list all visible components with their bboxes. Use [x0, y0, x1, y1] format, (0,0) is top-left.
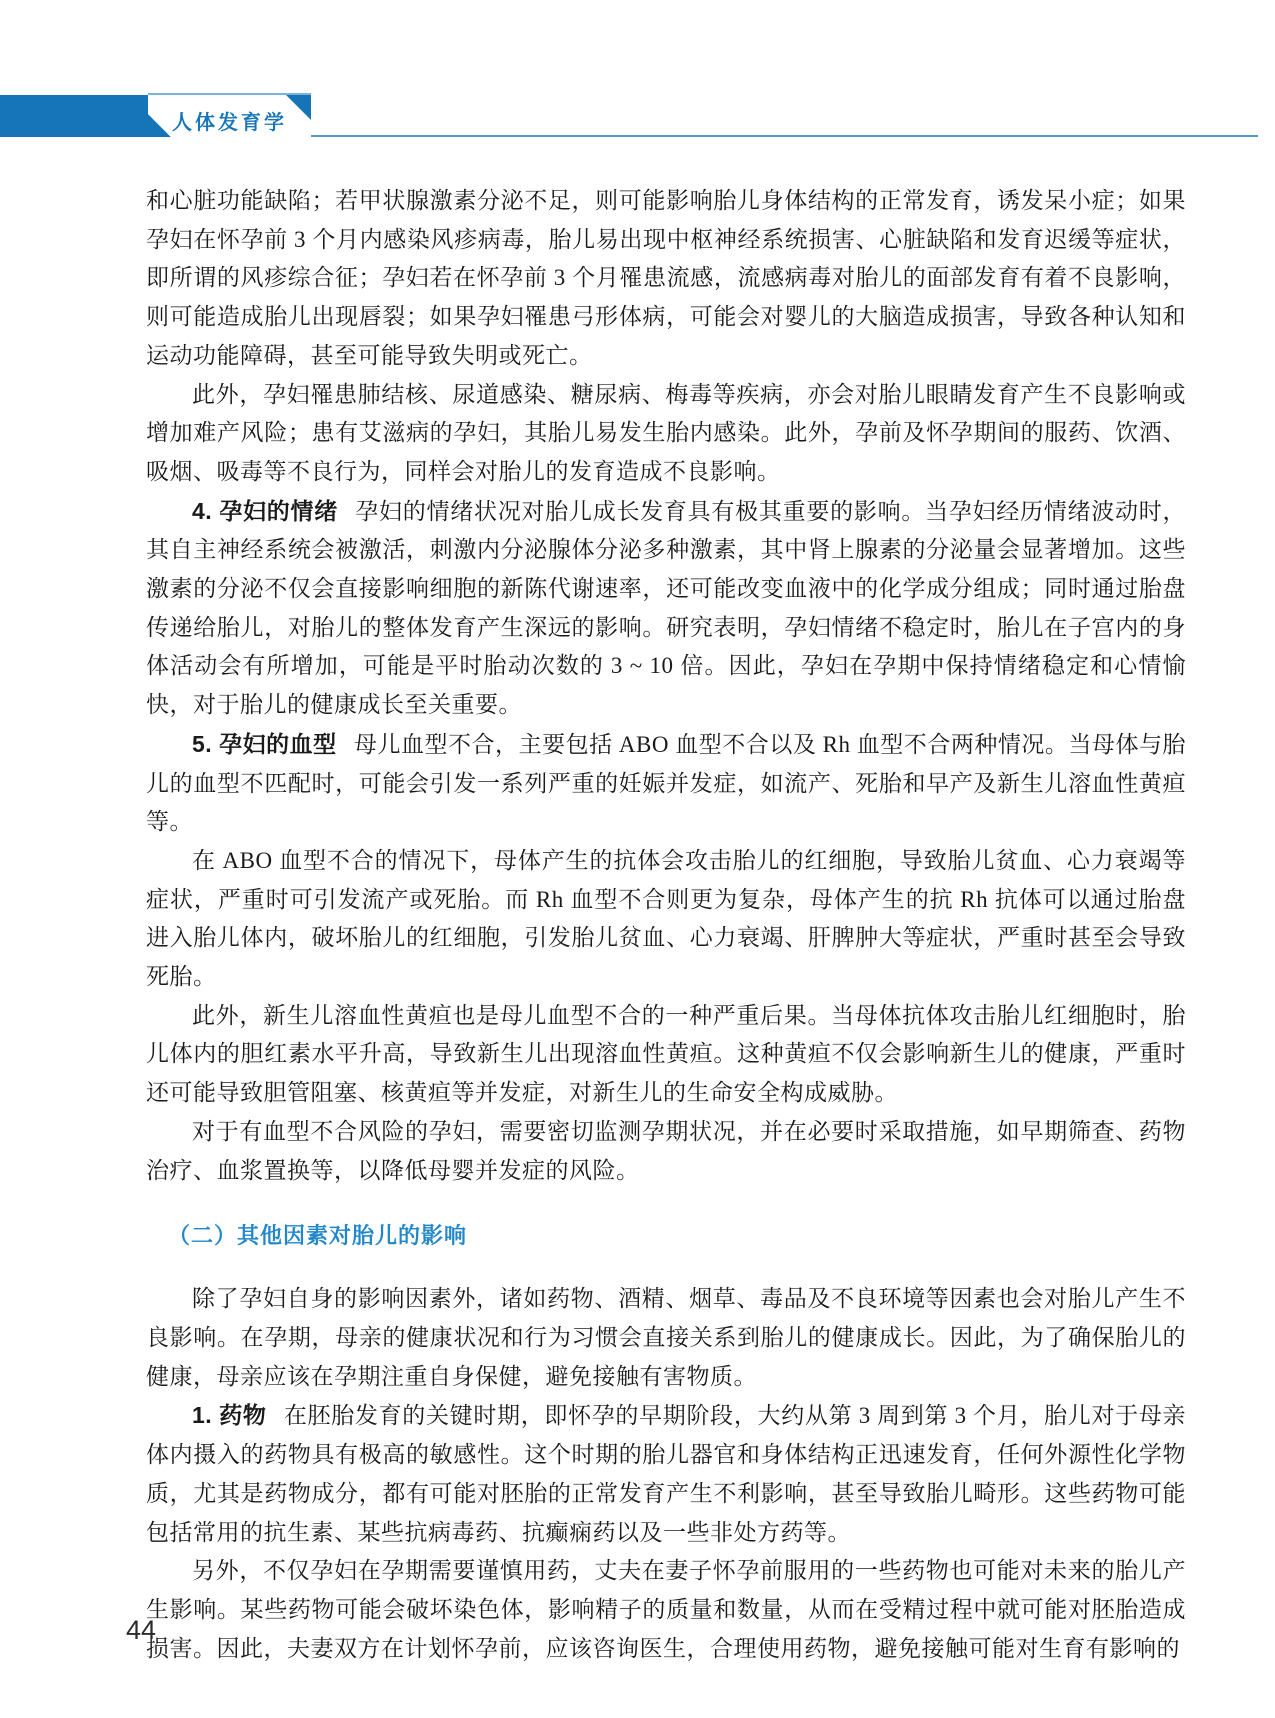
paragraph: 在 ABO 血型不合的情况下，母体产生的抗体会攻击胎儿的红细胞，导致胎儿贫血、心… — [146, 842, 1186, 997]
page: { "header": { "book_title": "人体发育学" }, "… — [0, 0, 1275, 1718]
page-number: 44 — [126, 1615, 156, 1646]
section-heading: （二）其他因素对胎儿的影响 — [146, 1221, 1186, 1251]
header-band: 人体发育学 — [0, 0, 1275, 140]
paragraph: 此外，新生儿溶血性黄疸也是母儿血型不合的一种严重后果。当母体抗体攻击胎儿红细胞时… — [146, 997, 1186, 1113]
paragraph: 除了孕妇自身的影响因素外，诸如药物、酒精、烟草、毒品及不良环境等因素也会对胎儿产… — [146, 1280, 1186, 1396]
folded-corner-triangle-icon — [286, 95, 311, 120]
paragraph: 1. 药物在胚胎发育的关键时期，即怀孕的早期阶段，大约从第 3 周到第 3 个月… — [146, 1396, 1186, 1552]
run-in-heading: 4. 孕妇的情绪 — [192, 498, 338, 524]
body-text: 和心脏功能缺陷；若甲状腺激素分泌不足，则可能影响胎儿身体结构的正常发育，诱发呆小… — [146, 182, 1186, 1668]
paragraph: 对于有血型不合风险的孕妇，需要密切监测孕期状况，并在必要时采取措施，如早期筛查、… — [146, 1113, 1186, 1190]
run-in-heading: 1. 药物 — [192, 1402, 267, 1428]
header-bar — [0, 95, 172, 137]
paragraph: 4. 孕妇的情绪孕妇的情绪状况对胎儿成长发育具有极其重要的影响。当孕妇经历情绪波… — [146, 492, 1186, 725]
paragraph: 和心脏功能缺陷；若甲状腺激素分泌不足，则可能影响胎儿身体结构的正常发育，诱发呆小… — [146, 182, 1186, 376]
paragraph: 此外，孕妇罹患肺结核、尿道感染、糖尿病、梅毒等疾病，亦会对胎儿眼睛发育产生不良影… — [146, 376, 1186, 492]
run-in-heading: 5. 孕妇的血型 — [192, 731, 337, 757]
paragraph: 5. 孕妇的血型母儿血型不合，主要包括 ABO 血型不合以及 Rh 血型不合两种… — [146, 725, 1186, 842]
paragraph: 另外，不仅孕妇在孕期需要谨慎用药，丈夫在妻子怀孕前服用的一些药物也可能对未来的胎… — [146, 1552, 1186, 1668]
